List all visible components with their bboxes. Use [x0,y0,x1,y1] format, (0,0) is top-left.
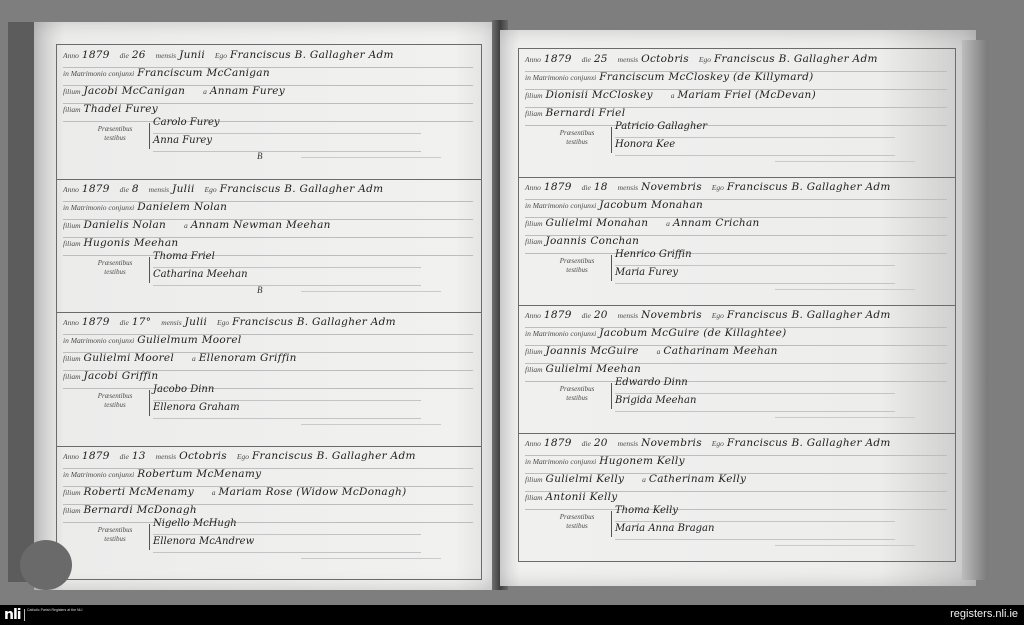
form-label: a [184,221,188,230]
handwritten-groom: Franciscum McCloskey (de Killymard) [599,71,813,83]
handwritten-ego: Franciscus B. Gallagher Adm [252,450,416,462]
entry-groom-line: in Matrimonio conjunxiRobertum McMenamy [63,468,473,487]
handwritten-groom: Gulielmum Moorel [137,334,241,346]
handwritten-die: 18 [594,181,608,193]
form-label: in Matrimonio conjunxi [63,336,134,345]
form-label: filium [525,475,543,484]
witnesses-label: Præsentibustestibus [85,125,145,143]
witnesses-label: Præsentibustestibus [547,385,607,403]
form-label: Ego [712,311,724,320]
form-label: filiam [525,365,543,374]
handwritten-bride: Bernardi McDonagh [84,504,197,516]
handwritten-groom-mother: Mariam Friel (McDevan) [677,89,816,101]
handwritten-groom: Jacobum Monahan [599,199,703,211]
form-label: filiam [63,105,81,114]
form-label: Præsentibus [98,125,133,133]
witness-2: Brigida Meehan [615,395,895,412]
witness-2: Ellenora Graham [153,402,421,419]
register-entry: Anno1879 die13 mensisOctobris EgoFrancis… [57,446,481,580]
blank-rule [775,545,915,546]
witnesses-label: Præsentibustestibus [85,259,145,277]
page-edge-shadow [962,40,988,580]
handwritten-groom-parents: Dionisii McCloskey [546,89,653,101]
handwritten-die: 20 [594,309,608,321]
entry-groom-parents-line: filiumGulielmi Kelly aCatherinam Kelly [525,473,947,492]
handwritten-die: 8 [132,183,139,195]
witness-1: Jacobo Dinn [153,384,421,401]
form-label: mensis [156,452,176,461]
register-entry: Anno1879 die25 mensisOctobris EgoFrancis… [519,49,955,178]
handwritten-mensis: Julii [172,183,195,195]
handwritten-die: 25 [594,53,608,65]
form-label: filium [63,87,81,96]
handwritten-bride: Antonii Kelly [546,491,618,503]
witnesses-brace [149,390,150,416]
entry-groom-line: in Matrimonio conjunxiGulielmum Moorel [63,334,473,353]
form-label: filiam [525,493,543,502]
witnesses-label: Præsentibustestibus [547,257,607,275]
witness-2: Maria Anna Bragan [615,523,895,540]
form-label: mensis [618,311,638,320]
handwritten-groom: Hugonem Kelly [599,455,685,467]
form-label: die [120,318,129,327]
entry-groom-parents-line: filiumRoberti McMenamy aMariam Rose (Wid… [63,486,473,505]
form-label: Anno [63,452,79,461]
entry-groom-parents-line: filiumDanielis Nolan aAnnam Newman Meeha… [63,219,473,238]
form-label: filium [525,347,543,356]
witness-1: Thoma Kelly [615,505,895,522]
handwritten-die: 13 [132,450,146,462]
handwritten-groom-parents: Gulielmi Kelly [546,473,625,485]
form-label: filium [63,354,81,363]
witness-1: Nigello McHugh [153,518,421,535]
entry-groom-line: in Matrimonio conjunxiHugonem Kelly [525,455,947,474]
blank-rule [775,161,915,162]
form-label: Ego [215,51,227,60]
handwritten-groom-mother: Mariam Rose (Widow McDonagh) [219,486,407,498]
form-label: in Matrimonio conjunxi [525,457,596,466]
witness-1: Edwardo Dinn [615,377,895,394]
entry-groom-parents-line: filiumJoannis McGuire aCatharinam Meehan [525,345,947,364]
witnesses-brace [611,511,612,537]
handwritten-groom-mother: Annam Newman Meehan [191,219,331,231]
handwritten-mensis: Junii [179,49,205,61]
form-label: Anno [63,185,79,194]
register-entry: Anno1879 die17° mensisJulii EgoFranciscu… [57,312,481,447]
handwritten-bride: Gulielmi Meehan [546,363,642,375]
form-label: a [657,347,661,356]
entry-date-line: Anno1879 die20 mensisNovembris EgoFranci… [525,309,947,328]
handwritten-die: 17° [132,316,152,328]
register-entry: Anno1879 die8 mensisJulii EgoFranciscus … [57,179,481,314]
form-label: Ego [205,185,217,194]
witnesses-label: Præsentibustestibus [547,129,607,147]
form-label: mensis [156,51,176,60]
form-label: mensis [618,55,638,64]
handwritten-anno: 1879 [544,309,572,321]
form-label: testibus [566,394,587,402]
handwritten-bride: Bernardi Friel [546,107,626,119]
form-label: a [212,488,216,497]
left-page: Anno1879 die26 mensisJunii EgoFranciscus… [34,22,498,590]
form-label: testibus [566,138,587,146]
form-label: filiam [63,506,81,515]
handwritten-bride: Thadei Furey [84,103,158,115]
nli-logo[interactable]: nli [4,608,21,622]
form-label: testibus [566,266,587,274]
form-label: filiam [525,109,543,118]
entry-date-line: Anno1879 die20 mensisNovembris EgoFranci… [525,437,947,456]
form-label: in Matrimonio conjunxi [525,201,596,210]
handwritten-groom-parents: Roberti McMenamy [84,486,194,498]
blank-rule [301,157,441,158]
logo-divider [24,609,25,621]
handwritten-ego: Franciscus B. Gallagher Adm [727,437,891,449]
right-page-frame: Anno1879 die25 mensisOctobris EgoFrancis… [518,48,956,562]
entry-groom-line: in Matrimonio conjunxiDanielem Nolan [63,201,473,220]
form-label: Præsentibus [560,513,595,521]
form-label: Præsentibus [98,392,133,400]
entry-groom-parents-line: filiumGulielmi Moorel aEllenoram Griffin [63,352,473,371]
site-link[interactable]: registers.nli.ie [950,608,1018,620]
form-label: mensis [161,318,181,327]
form-label: die [582,311,591,320]
form-label: in Matrimonio conjunxi [525,73,596,82]
form-label: mensis [618,439,638,448]
handwritten-groom: Danielem Nolan [137,201,227,213]
form-label: a [642,475,646,484]
entry-groom-line: in Matrimonio conjunxiFranciscum McClosk… [525,71,947,90]
handwritten-anno: 1879 [544,437,572,449]
entry-date-line: Anno1879 die25 mensisOctobris EgoFrancis… [525,53,947,72]
form-label: testibus [104,535,125,543]
form-label: die [582,439,591,448]
form-label: Ego [699,55,711,64]
entry-groom-parents-line: filiumJacobi McCanigan aAnnam Furey [63,85,473,104]
witness-2: Ellenora McAndrew [153,536,421,553]
form-label: Ego [712,439,724,448]
handwritten-anno: 1879 [544,53,572,65]
witness-2: Anna Furey [153,135,421,152]
form-label: die [120,51,129,60]
handwritten-mensis: Octobris [641,53,689,65]
margin-mark: B [257,285,263,295]
register-entry: Anno1879 die18 mensisNovembris EgoFranci… [519,177,955,306]
entry-date-line: Anno1879 die8 mensisJulii EgoFranciscus … [63,183,473,202]
form-label: Præsentibus [560,385,595,393]
form-label: filiam [63,239,81,248]
handwritten-groom-parents: Danielis Nolan [84,219,167,231]
blank-rule [301,558,441,559]
form-label: die [582,183,591,192]
handwritten-die: 20 [594,437,608,449]
blank-rule [775,417,915,418]
witness-2: Maria Furey [615,267,895,284]
entry-groom-parents-line: filiumGulielmi Monahan aAnnam Crichan [525,217,947,236]
handwritten-groom-parents: Gulielmi Moorel [84,352,175,364]
form-label: die [120,452,129,461]
form-label: a [192,354,196,363]
handwritten-mensis: Novembris [641,181,702,193]
witness-1: Patricio Gallagher [615,121,895,138]
form-label: in Matrimonio conjunxi [525,329,596,338]
form-label: Præsentibus [560,129,595,137]
entry-date-line: Anno1879 die18 mensisNovembris EgoFranci… [525,181,947,200]
handwritten-groom-mother: Ellenoram Griffin [199,352,297,364]
form-label: Præsentibus [98,526,133,534]
handwritten-mensis: Octobris [179,450,227,462]
entry-date-line: Anno1879 die13 mensisOctobris EgoFrancis… [63,450,473,469]
register-entry: Anno1879 die20 mensisNovembris EgoFranci… [519,305,955,434]
ink-blot [20,540,72,590]
handwritten-anno: 1879 [544,181,572,193]
form-label: filiam [63,372,81,381]
handwritten-anno: 1879 [82,316,110,328]
handwritten-bride: Hugonis Meehan [84,237,179,249]
handwritten-ego: Franciscus B. Gallagher Adm [230,49,394,61]
witnesses-label: Præsentibustestibus [85,392,145,410]
logo-caption: Catholic Parish Registers at the NLI [27,608,87,613]
witness-2: Catharina Meehan [153,269,421,286]
handwritten-ego: Franciscus B. Gallagher Adm [232,316,396,328]
blank-rule [775,289,915,290]
handwritten-ego: Franciscus B. Gallagher Adm [727,181,891,193]
entry-groom-line: in Matrimonio conjunxiJacobum McGuire (d… [525,327,947,346]
form-label: filium [525,219,543,228]
witnesses-brace [149,257,150,283]
form-label: mensis [149,185,169,194]
witness-2: Honora Kee [615,139,895,156]
form-label: Anno [525,311,541,320]
handwritten-groom: Jacobum McGuire (de Killaghtee) [599,327,786,339]
handwritten-groom: Franciscum McCanigan [137,67,270,79]
handwritten-ego: Franciscus B. Gallagher Adm [714,53,878,65]
witness-1: Thoma Friel [153,251,421,268]
image-viewer: Anno1879 die26 mensisJunii EgoFranciscus… [0,0,1024,605]
handwritten-mensis: Novembris [641,437,702,449]
blank-rule [301,291,441,292]
handwritten-ego: Franciscus B. Gallagher Adm [220,183,384,195]
form-label: Anno [63,51,79,60]
register-entry: Anno1879 die20 mensisNovembris EgoFranci… [519,433,955,561]
witnesses-brace [611,255,612,281]
form-label: a [203,87,207,96]
form-label: Præsentibus [98,259,133,267]
form-label: filium [525,91,543,100]
form-label: Ego [217,318,229,327]
handwritten-anno: 1879 [82,450,110,462]
register-entry: Anno1879 die26 mensisJunii EgoFranciscus… [57,45,481,180]
form-label: a [671,91,675,100]
form-label: in Matrimonio conjunxi [63,203,134,212]
handwritten-groom-mother: Annam Crichan [673,217,760,229]
form-label: a [666,219,670,228]
handwritten-die: 26 [132,49,146,61]
form-label: Ego [237,452,249,461]
witness-1: Henrico Griffin [615,249,895,266]
entry-groom-line: in Matrimonio conjunxiJacobum Monahan [525,199,947,218]
form-label: testibus [104,134,125,142]
handwritten-bride: Joannis Conchan [546,235,640,247]
form-label: die [120,185,129,194]
form-label: testibus [104,268,125,276]
footer-bar: nli Catholic Parish Registers at the NLI… [0,605,1024,625]
witnesses-brace [149,524,150,550]
handwritten-mensis: Novembris [641,309,702,321]
witnesses-brace [149,123,150,149]
witness-1: Carolo Furey [153,117,421,134]
witnesses-label: Præsentibustestibus [85,526,145,544]
form-label: filium [63,488,81,497]
handwritten-groom-parents: Jacobi McCanigan [84,85,186,97]
form-label: Ego [712,183,724,192]
form-label: Anno [63,318,79,327]
right-page: Anno1879 die25 mensisOctobris EgoFrancis… [500,30,976,586]
form-label: filium [63,221,81,230]
handwritten-ego: Franciscus B. Gallagher Adm [727,309,891,321]
form-label: testibus [566,522,587,530]
entry-groom-line: in Matrimonio conjunxiFranciscum McCanig… [63,67,473,86]
form-label: Præsentibus [560,257,595,265]
handwritten-groom-mother: Catharinam Meehan [663,345,777,357]
entry-groom-parents-line: filiumDionisii McCloskey aMariam Friel (… [525,89,947,108]
handwritten-groom-mother: Annam Furey [210,85,285,97]
handwritten-anno: 1879 [82,49,110,61]
blank-rule [301,424,441,425]
form-label: die [582,55,591,64]
form-label: Anno [525,55,541,64]
left-page-frame: Anno1879 die26 mensisJunii EgoFranciscus… [56,44,482,580]
form-label: mensis [618,183,638,192]
handwritten-groom: Robertum McMenamy [137,468,261,480]
form-label: testibus [104,401,125,409]
form-label: Anno [525,439,541,448]
margin-mark: B [257,151,263,161]
handwritten-bride: Jacobi Griffin [84,370,159,382]
entry-date-line: Anno1879 die17° mensisJulii EgoFranciscu… [63,316,473,335]
handwritten-mensis: Julii [185,316,208,328]
form-label: filiam [525,237,543,246]
form-label: Anno [525,183,541,192]
handwritten-groom-mother: Catherinam Kelly [649,473,746,485]
witnesses-brace [611,383,612,409]
handwritten-groom-parents: Gulielmi Monahan [546,217,649,229]
form-label: in Matrimonio conjunxi [63,69,134,78]
handwritten-anno: 1879 [82,183,110,195]
handwritten-groom-parents: Joannis McGuire [546,345,639,357]
witnesses-label: Præsentibustestibus [547,513,607,531]
entry-date-line: Anno1879 die26 mensisJunii EgoFranciscus… [63,49,473,68]
form-label: in Matrimonio conjunxi [63,470,134,479]
witnesses-brace [611,127,612,153]
